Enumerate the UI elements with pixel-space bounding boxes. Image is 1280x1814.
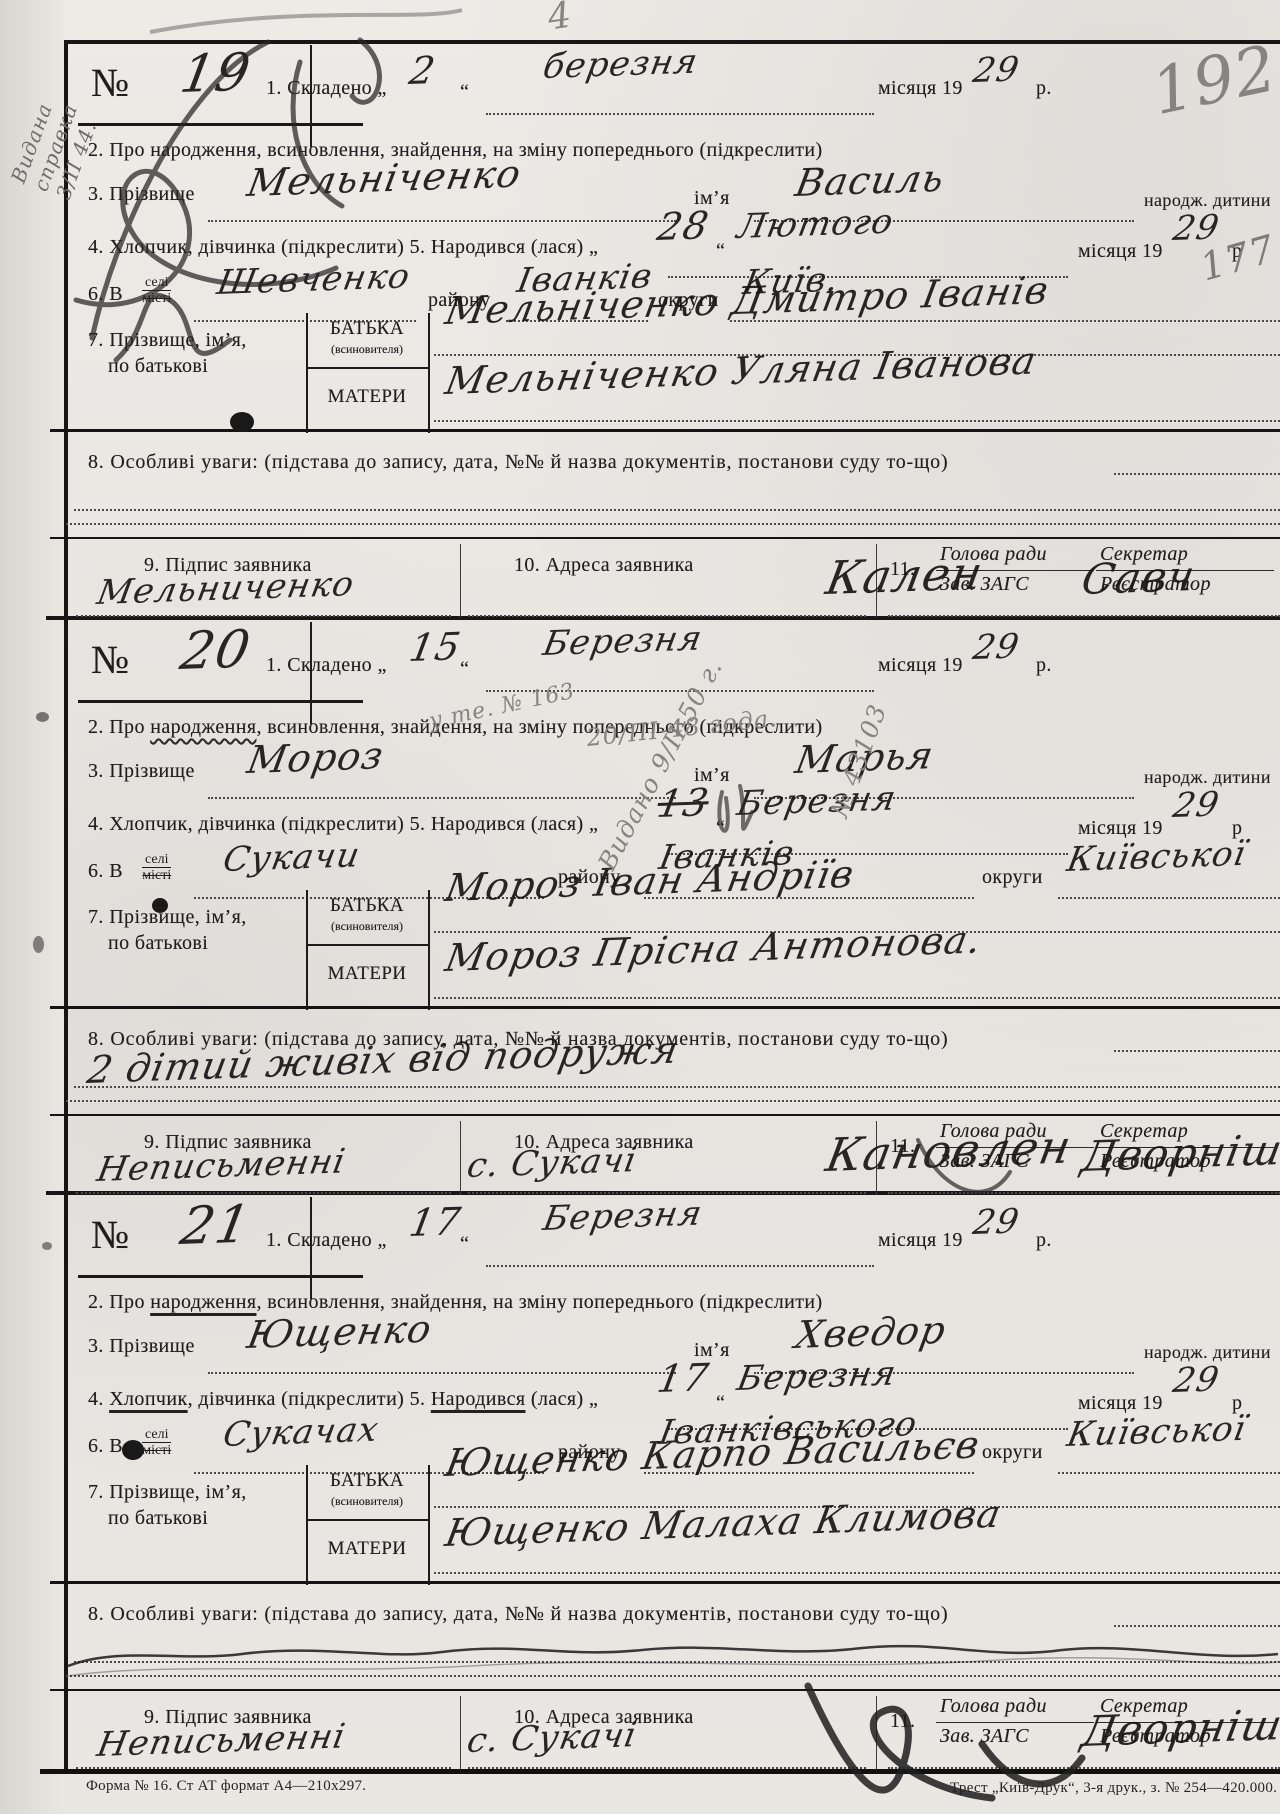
number-underline <box>78 123 363 126</box>
mother-name-value: Ющенко Малаха Климова <box>442 1492 1005 1555</box>
section-rule <box>50 1006 1280 1009</box>
okruha-label: округи <box>982 866 1043 889</box>
father-label: БАТЬКА <box>306 895 428 917</box>
council-head-label: Голова ради <box>940 1695 1047 1718</box>
okruha-value: Київської <box>1064 834 1249 880</box>
dotted-line <box>486 113 874 115</box>
scanned-registry-page: № 19 1. Складено „ 2 “ березня місяця 19… <box>0 0 1280 1814</box>
parents-label-1: 7. Прізвище, ім’я, <box>88 906 247 929</box>
parents-label-1: 7. Прізвище, ім’я, <box>88 1481 247 1504</box>
sex-and-birth-line: 4. Хлопчик, дівчинка (підкреслити) 5. На… <box>88 813 598 836</box>
event-type-pre: 2. Про <box>88 716 150 738</box>
birth-year-value: 29 <box>1170 784 1223 826</box>
event-type-pre: 2. Про <box>88 1291 150 1313</box>
year-suffix: р. <box>1036 654 1052 677</box>
father-name-value: Ющенко Карпо Васильєв <box>442 1423 983 1485</box>
born-word: Народився <box>431 236 526 258</box>
dotted-line <box>66 523 1280 525</box>
boy-word: Хлопчик <box>109 236 187 258</box>
dotted-line <box>888 1767 1280 1769</box>
record-19: № 19 1. Складено „ 2 “ березня місяця 19… <box>66 45 1280 621</box>
month-year-label: місяця 19 <box>878 1229 963 1252</box>
secretary-signature-value: Савч <box>1078 551 1199 604</box>
dotted-line <box>434 997 1280 999</box>
parents-label-2: по батькові <box>108 1507 208 1530</box>
surname-value: Ющенко <box>244 1307 436 1357</box>
item4-pre: 4. <box>88 1388 109 1410</box>
composed-month-value: березня <box>540 42 701 87</box>
father-name-value: Мороз Іван Андріїв <box>442 852 858 910</box>
composed-month-value: Березня <box>540 619 706 664</box>
zags-label: Зав. ЗАГС <box>940 1725 1029 1748</box>
quote-mark: “ <box>716 240 725 263</box>
mother-name-value: Мельніченко Уляна Іванова <box>442 339 1040 403</box>
dotted-line <box>1114 1050 1280 1052</box>
dotted-line <box>74 1086 1280 1088</box>
event-type-line: 2. Про народження, всиновлення, знайденн… <box>88 1291 823 1314</box>
parent-box-right <box>428 313 430 433</box>
born-suffix: (лася) „ <box>525 813 598 835</box>
dotted-line <box>1058 897 1280 899</box>
remarks-label: 8. Особливі уваги: (підстава до запису, … <box>88 1603 948 1626</box>
boy-word: Хлопчик <box>109 813 187 835</box>
dotted-line <box>468 1192 866 1194</box>
surname-label: 3. Прізвище <box>88 760 195 783</box>
event-type-pre: 2. Про <box>88 139 150 161</box>
dotted-line <box>208 797 676 799</box>
applicant-signature-value: Неписьменні <box>94 1716 349 1765</box>
birth-month-value: Березня <box>734 779 900 824</box>
father-label: БАТЬКА <box>306 318 428 340</box>
mother-name-value: Мороз Прісна Антонова. <box>442 917 985 980</box>
year-suffix: р. <box>1036 77 1052 100</box>
dotted-line <box>434 420 1280 422</box>
remarks-label: 8. Особливі уваги: (підстава до запису, … <box>88 451 948 474</box>
father-sublabel: (всиновителя) <box>306 342 428 357</box>
dotted-line <box>468 615 866 617</box>
record-number-value: 20 <box>176 620 255 682</box>
head-signature-value: Кановлен <box>822 1120 1076 1182</box>
form-number-footer: Форма № 16. Ст АТ формат А4—210х297. <box>86 1778 366 1795</box>
dotted-line <box>66 1675 1280 1677</box>
record-number-value: 21 <box>176 1195 255 1257</box>
quote-mark: “ <box>460 81 469 104</box>
dotted-line <box>66 1100 1280 1102</box>
dotted-line <box>76 615 451 617</box>
event-type-birth: народження <box>150 1291 256 1313</box>
signature-col-divider <box>460 1121 461 1195</box>
event-type-birth: народження <box>150 139 256 161</box>
paper-edge <box>0 0 64 1814</box>
section-rule <box>50 1114 1280 1116</box>
surname-value: Мороз <box>244 733 387 782</box>
village-word: селі <box>142 1427 171 1443</box>
composed-label: 1. Складено „ <box>266 654 387 677</box>
number-underline <box>78 1275 363 1278</box>
dotted-line <box>486 1265 874 1267</box>
number-sign: № <box>91 1211 129 1258</box>
ink-blot <box>152 898 168 913</box>
section-rule <box>50 1581 1280 1584</box>
in-label: 6. В <box>88 860 123 883</box>
dotted-line <box>208 1372 676 1374</box>
place-value: Шевченко <box>214 256 414 303</box>
top-pencil-mark: 4 <box>545 0 574 38</box>
town-word: місті <box>142 868 171 883</box>
signature-col-divider <box>460 1696 461 1770</box>
edge-smudge <box>42 1242 52 1250</box>
applicant-address-label: 10. Адреса заявника <box>514 554 694 577</box>
surname-label: 3. Прізвище <box>88 1335 195 1358</box>
mother-label: МАТЕРИ <box>306 1538 428 1560</box>
month-year-label: місяця 19 <box>878 654 963 677</box>
town-word: місті <box>142 1443 171 1458</box>
birth-day-value: 28 <box>654 203 713 249</box>
composed-day-value: 17 <box>406 1199 465 1245</box>
applicant-address-value: с. Сукачі <box>464 1715 640 1761</box>
composed-day-value: 15 <box>406 624 465 670</box>
applicant-signature-value: Неписьменні <box>94 1141 349 1190</box>
okruha-label: округи <box>982 1441 1043 1464</box>
month-year-label: місяця 19 <box>1078 240 1163 263</box>
born-suffix: (лася) „ <box>525 236 598 258</box>
dotted-line <box>730 320 1280 322</box>
event-type-birth: народження <box>150 716 256 738</box>
parents-label-2: по батькові <box>108 932 208 955</box>
dotted-line <box>1058 1472 1280 1474</box>
father-label: БАТЬКА <box>306 1470 428 1492</box>
dotted-line <box>1114 473 1280 475</box>
top-pencil-stroke <box>150 10 462 32</box>
village-word: селі <box>142 852 171 868</box>
parents-label-1: 7. Прізвище, ім’я, <box>88 329 247 352</box>
label-underline <box>936 1722 1094 1723</box>
dotted-line <box>888 615 1280 617</box>
birth-day-value: 17 <box>654 1355 713 1401</box>
ink-blot <box>122 1440 144 1460</box>
in-label: 6. В <box>88 283 123 306</box>
dotted-line <box>468 1767 866 1769</box>
dotted-line <box>1114 1625 1280 1627</box>
father-sublabel: (всиновителя) <box>306 1494 428 1509</box>
parent-box-right <box>428 890 430 1010</box>
parent-box-rule <box>306 1519 428 1521</box>
village-town-choice: селімісті <box>142 1427 171 1458</box>
place-value: Сукачах <box>220 1410 382 1455</box>
secretary-signature-value: Дворніш <box>1078 1125 1280 1181</box>
composed-label: 1. Складено „ <box>266 1229 387 1252</box>
born-word: Народився <box>431 813 526 835</box>
signature-col-divider <box>460 544 461 618</box>
month-year-label: місяця 19 <box>878 77 963 100</box>
number-sign: № <box>91 59 129 106</box>
head-signature-value: Кален <box>822 546 987 605</box>
dotted-line <box>74 1661 1280 1663</box>
surname-value: Мельніченко <box>244 152 525 205</box>
ink-blot <box>230 412 254 432</box>
quote-mark: “ <box>460 1233 469 1256</box>
place-value: Сукачи <box>220 835 363 880</box>
in-label: 6. В <box>88 1435 123 1458</box>
born-word: Народився <box>431 1388 526 1410</box>
item11-label: 11. <box>890 1710 915 1733</box>
section-rule <box>50 1689 1280 1691</box>
okruha-value: Київської <box>1064 1409 1249 1455</box>
village-town-choice: селімісті <box>142 275 171 306</box>
boy-word: Хлопчик <box>109 1388 187 1410</box>
sex-and-birth-line: 4. Хлопчик, дівчинка (підкреслити) 5. На… <box>88 236 598 259</box>
dotted-line <box>208 220 676 222</box>
parents-label-2: по батькові <box>108 355 208 378</box>
given-name-value: Василь <box>792 156 948 205</box>
town-word: місті <box>142 291 171 306</box>
composed-day-value: 2 <box>406 48 439 93</box>
birth-year-value: 29 <box>1170 1359 1223 1401</box>
dotted-line <box>76 1767 451 1769</box>
born-suffix: (лася) „ <box>525 1388 598 1410</box>
record-21: № 21 1. Складено „ 17 “ Березня місяця 1… <box>66 1197 1280 1773</box>
girl-word: , дівчинка (підкреслити) 5. <box>188 236 431 258</box>
village-word: селі <box>142 275 171 291</box>
number-underline <box>78 700 363 703</box>
surname-label: 3. Прізвище <box>88 183 195 206</box>
composed-month-value: Березня <box>540 1194 706 1239</box>
mother-label: МАТЕРИ <box>306 386 428 408</box>
composed-year-value: 29 <box>970 1201 1023 1243</box>
record-number-value: 19 <box>176 43 255 105</box>
applicant-address-value: с. Сукачі <box>464 1140 640 1186</box>
mother-label: МАТЕРИ <box>306 963 428 985</box>
composed-year-value: 29 <box>970 626 1023 668</box>
birth-month-value: Березня <box>734 1354 900 1399</box>
dotted-line <box>76 1192 451 1194</box>
composed-label: 1. Складено „ <box>266 77 387 100</box>
birth-month-value: Лютого <box>734 202 897 247</box>
applicant-signature-value: Мельниченко <box>94 564 358 613</box>
dotted-line <box>888 1192 1280 1194</box>
dotted-line <box>74 509 1280 511</box>
section-rule <box>50 537 1280 539</box>
edge-smudge <box>36 712 49 722</box>
sex-and-birth-line: 4. Хлопчик, дівчинка (підкреслити) 5. На… <box>88 1388 598 1411</box>
number-sign: № <box>91 636 129 683</box>
dotted-line <box>434 1572 1280 1574</box>
composed-year-value: 29 <box>970 49 1023 91</box>
given-name-value: Хведор <box>792 1308 950 1357</box>
item4-pre: 4. <box>88 813 109 835</box>
girl-word: , дівчинка (підкреслити) 5. <box>188 1388 431 1410</box>
girl-word: , дівчинка (підкреслити) 5. <box>188 813 431 835</box>
father-sublabel: (всиновителя) <box>306 919 428 934</box>
printer-footer: Трест „Київ-Друк“, 3-я друк., з. № 254—4… <box>950 1780 1277 1797</box>
item4-pre: 4. <box>88 236 109 258</box>
secretary-signature-value: Дворніш <box>1078 1700 1280 1756</box>
parent-box-rule <box>306 944 428 946</box>
year-suffix: р. <box>1036 1229 1052 1252</box>
parent-box-right <box>428 1465 430 1585</box>
quote-mark: “ <box>460 658 469 681</box>
signature-col-divider <box>876 1696 877 1770</box>
village-town-choice: селімісті <box>142 852 171 883</box>
edge-smudge <box>33 936 44 953</box>
parent-box-rule <box>306 367 428 369</box>
